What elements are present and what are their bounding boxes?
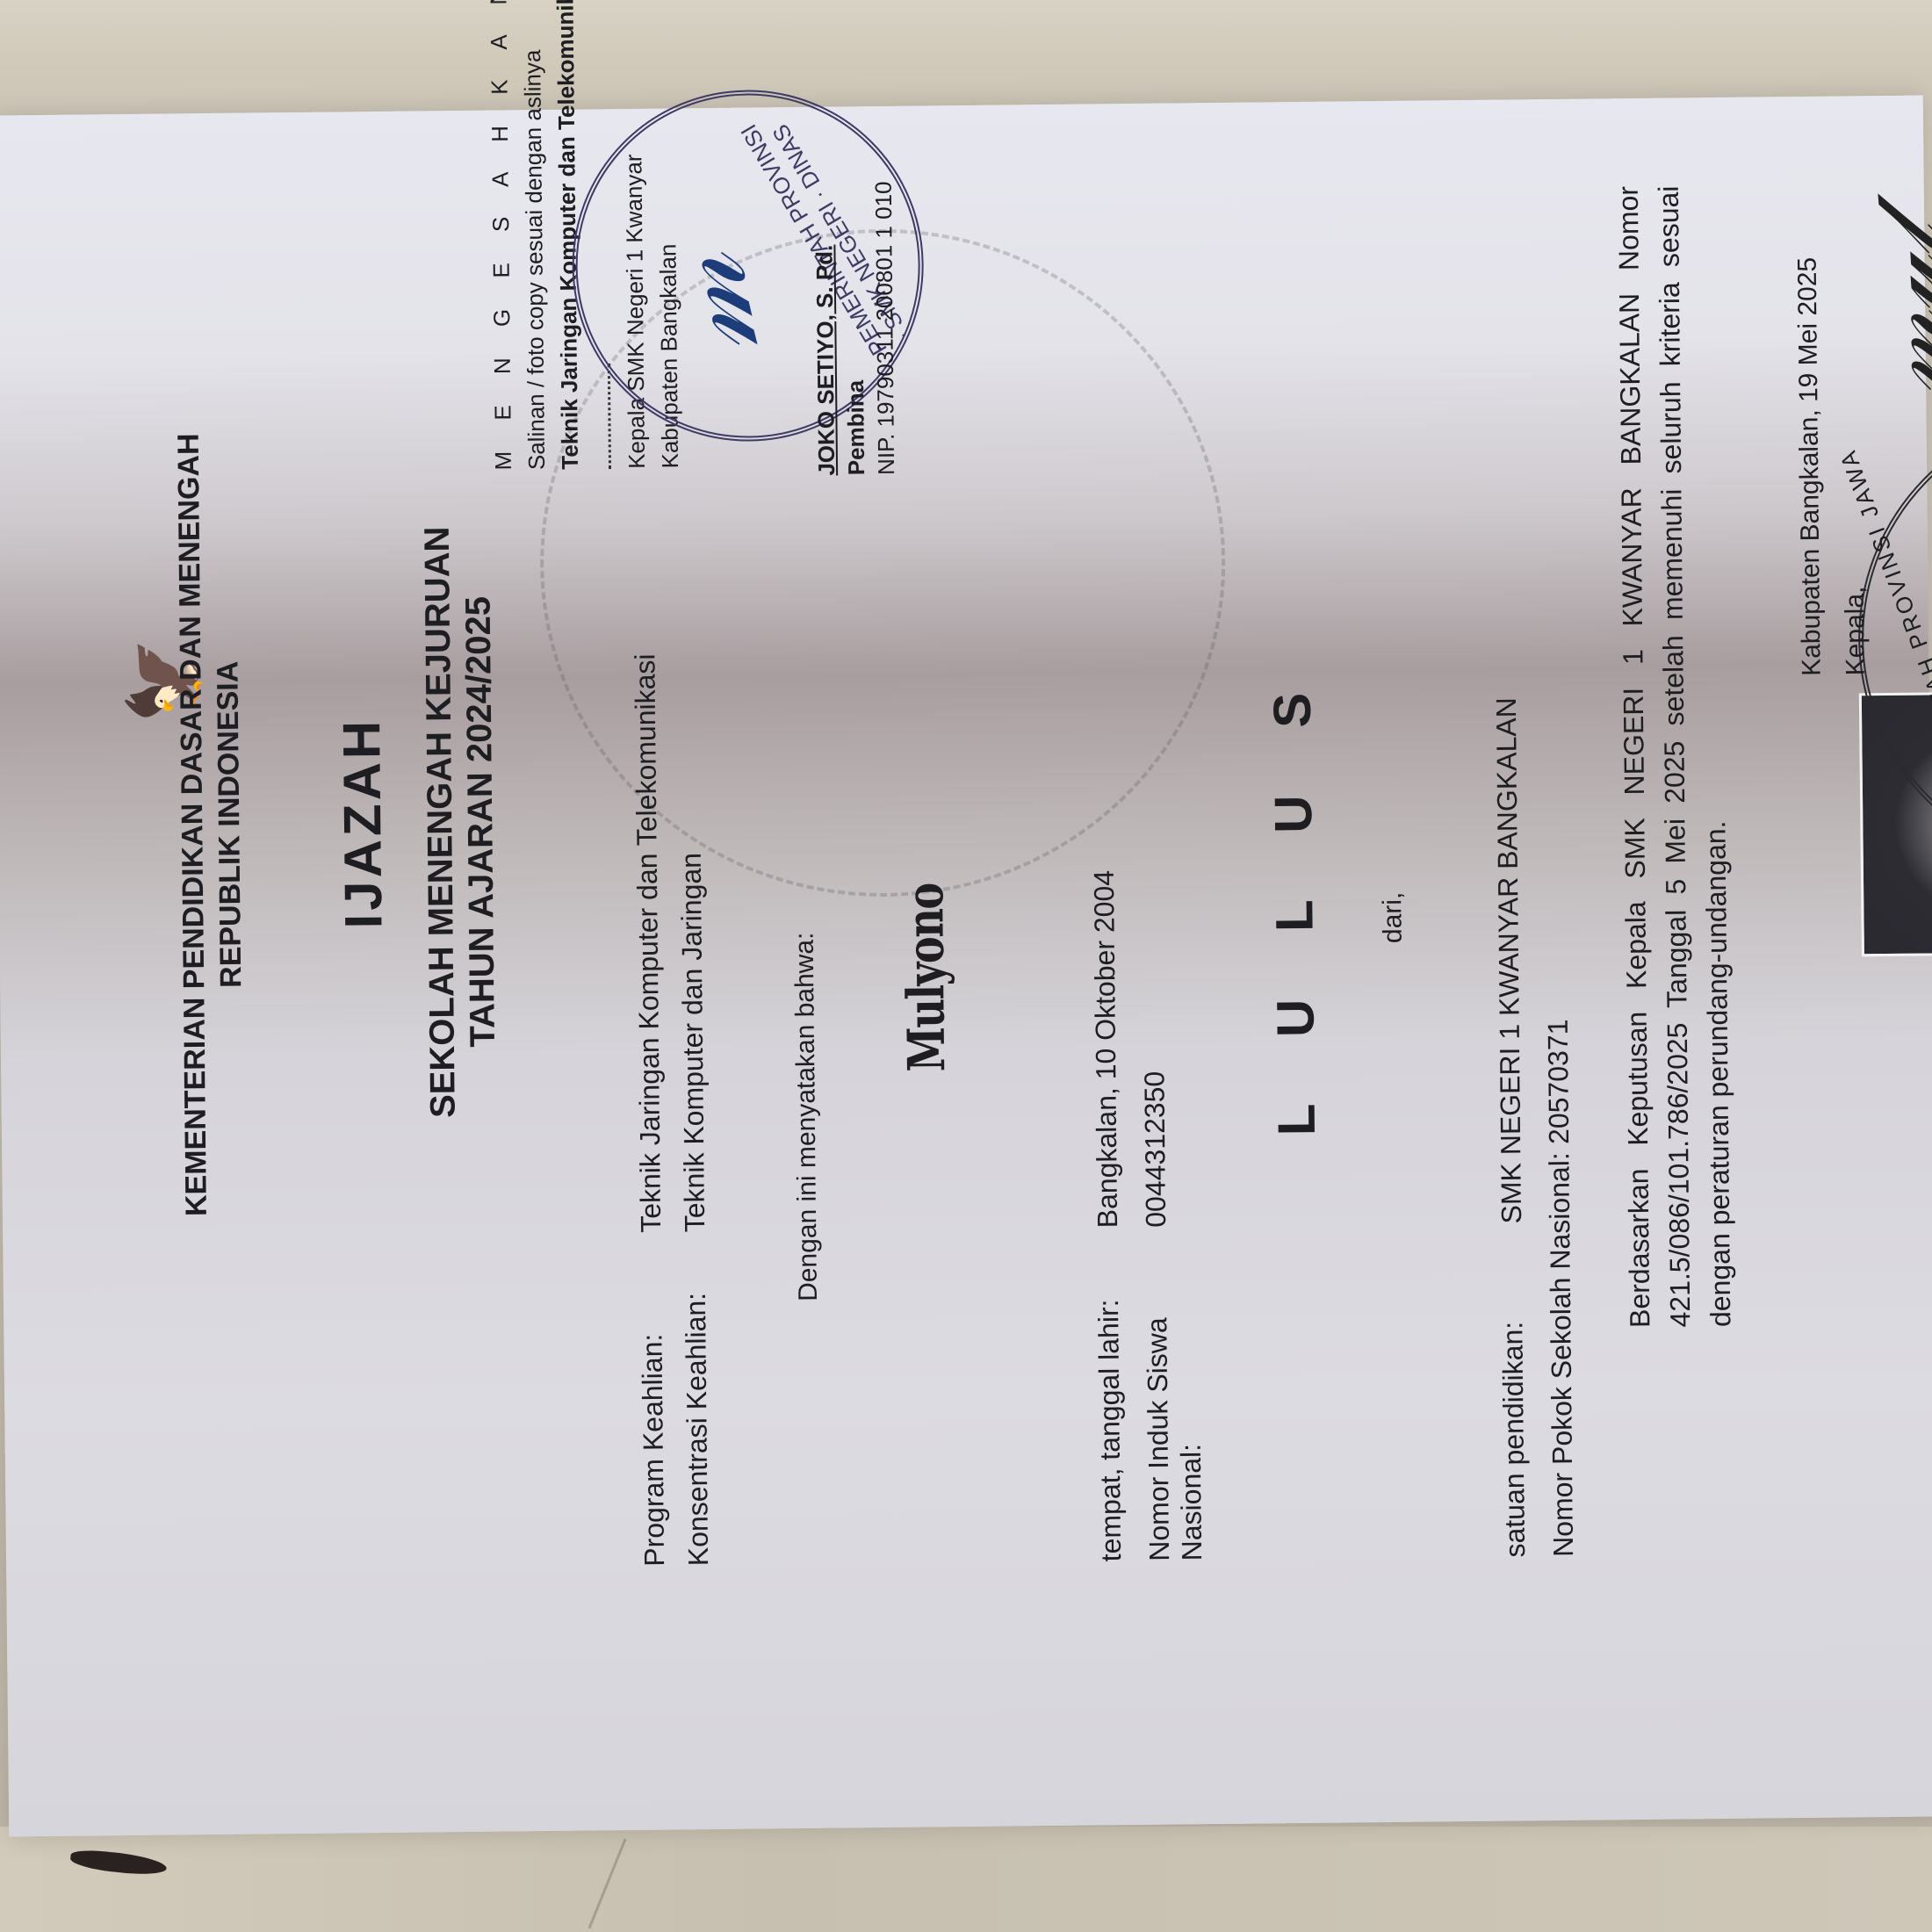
birth-label: tempat, tanggal lahir: — [1092, 1228, 1128, 1561]
program-label: Program Keahlian: — [635, 1233, 671, 1567]
nisn-label: Nomor Induk Siswa Nasional: — [1140, 1227, 1208, 1561]
ministry-header: KEMENTERIAN PENDIDIKAN DASAR DAN MENENGA… — [167, 166, 255, 1484]
signer-title: Kepala, — [1841, 586, 1871, 675]
school-unit-value: SMK NEGERI 1 KWANYAR BANGKALAN — [1490, 697, 1528, 1224]
birth-row: tempat, tanggal lahir: Bangkalan, 10 Okt… — [1088, 870, 1128, 1562]
issue-place-date: Kabupaten Bangkalan, 19 Mei 2025 — [1793, 257, 1827, 676]
concentration-row: Konsentrasi Keahlian: Teknik Komputer da… — [675, 853, 716, 1567]
diploma-content: 🦅 KEMENTERIAN PENDIDIKAN DASAR DAN MENEN… — [79, 94, 1932, 1835]
document-title: IJAZAH — [325, 164, 400, 1482]
signer-name: JOKO SETIYO, S. Pd. — [807, 36, 841, 475]
signer-rank: Pembina — [837, 36, 871, 475]
nisn-row: Nomor Induk Siswa Nasional: 0044312350 — [1138, 1071, 1208, 1561]
concentration-label: Konsentrasi Keahlian: — [679, 1232, 715, 1566]
legalization-line-copy: Salinan / foto copy sesuai dengan asliny… — [515, 0, 553, 470]
npsn-row: Nomor Pokok Sekolah Nasional: 20570371 — [1542, 1019, 1580, 1557]
signer-nip: NIP. 19790311 200801 1 010 — [867, 36, 901, 475]
principal-signature: 𝓂𝓊𝓁 — [1854, 225, 1932, 394]
concentration-value: Teknik Komputer dan Jaringan — [675, 853, 712, 1233]
birth-value: Bangkalan, 10 Oktober 2004 — [1088, 870, 1124, 1229]
statement-text: Dengan ini menyatakan bahwa: — [790, 932, 824, 1301]
student-name: Mulyono — [895, 883, 956, 1072]
graduation-result: L U L U S — [1261, 594, 1328, 1209]
decree-paragraph: Berdasarkan Keputusan Kepala SMK NEGERI … — [1608, 185, 1741, 1328]
legalization-heading: M E N G E S A H K A N — [481, 0, 520, 471]
dotted-line — [608, 364, 611, 469]
diploma-paper: 🦅 KEMENTERIAN PENDIDIKAN DASAR DAN MENEN… — [0, 96, 1932, 1837]
nisn-value: 0044312350 — [1138, 1071, 1205, 1228]
npsn-label: Nomor Pokok Sekolah Nasional: — [1543, 1144, 1580, 1557]
school-unit-row: satuan pendidikan: SMK NEGERI 1 KWANYAR … — [1490, 697, 1532, 1558]
from-label: dari, — [1375, 610, 1411, 1225]
program-value: Teknik Jaringan Komputer dan Telekomunik… — [629, 653, 667, 1233]
floor-background — [0, 1827, 1932, 1932]
npsn-value: 20570371 — [1542, 1019, 1575, 1144]
school-unit-label: satuan pendidikan: — [1496, 1223, 1532, 1557]
legalization-signer: JOKO SETIYO, S. Pd. Pembina NIP. 1979031… — [807, 36, 901, 476]
